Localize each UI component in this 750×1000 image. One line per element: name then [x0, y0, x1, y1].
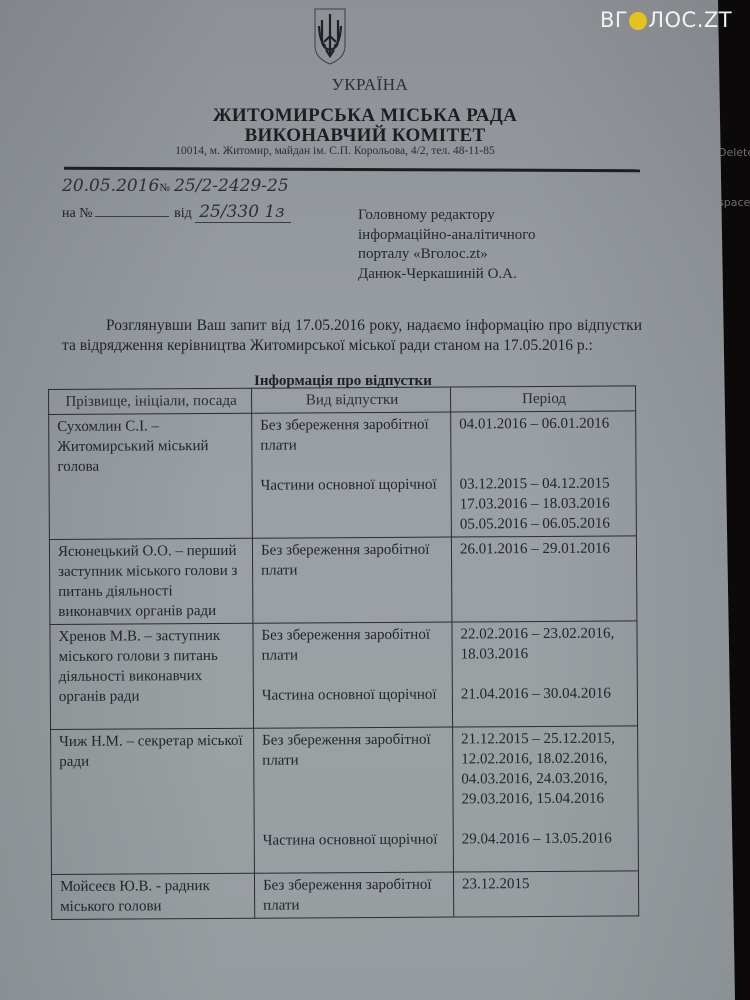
period-line: 05.05.2016 – 06.05.2016: [460, 513, 630, 534]
ref-blank: [95, 204, 169, 217]
leave-type: Без збереження заробітної плати: [262, 730, 446, 771]
watermark-suffix: ЛОС.ZT: [648, 8, 732, 32]
leave-table: Прізвище, ініціали, посада Вид відпустки…: [48, 385, 639, 920]
committee-title: ВИКОНАВЧИЙ КОМІТЕТ: [0, 126, 740, 146]
table-row: Сухомлин С.І. – Житомирський міський гол…: [49, 411, 637, 540]
leave-periods: 04.01.2016 – 06.01.2016: [459, 413, 629, 434]
period-line: 12.02.2016, 18.02.2016,: [461, 748, 631, 769]
period-line: 04.01.2016 – 06.01.2016: [459, 413, 629, 434]
cell-leave-type: Без збереження заробітної плати Частина …: [254, 727, 454, 873]
recipient-line: Данюк-Черкашиній О.А.: [358, 265, 536, 285]
leave-type: Без збереження заробітної плати: [260, 415, 444, 456]
from-label: від: [174, 206, 192, 221]
leave-periods: 03.12.2015 – 04.12.201517.03.2016 – 18.0…: [460, 473, 630, 534]
period-line: 17.03.2016 – 18.03.2016: [460, 493, 630, 514]
leave-type: Без збереження заробітної плати: [261, 625, 445, 666]
cell-person: Сухомлин С.І. – Житомирський міський гол…: [49, 413, 253, 539]
cell-person: Чиж Н.М. – секретар міської ради: [51, 728, 255, 874]
cell-leave-type: Без збереження заробітної плати: [252, 537, 452, 623]
header-rule: [64, 167, 640, 173]
council-title: ЖИТОМИРСЬКА МІСЬКА РАДА: [0, 106, 740, 126]
table-row: Ясюнецький О.О. – перший заступник міськ…: [49, 536, 637, 625]
table-row: Мойсеєв Ю.В. - радник міського головиБез…: [51, 871, 638, 920]
outgoing-date: 20.05.2016: [62, 176, 159, 196]
leave-periods: 22.02.2016 – 23.02.2016,18.03.2016: [460, 623, 630, 664]
leave-periods: 21.12.2015 – 25.12.2015,12.02.2016, 18.0…: [461, 728, 631, 809]
council-address: 10014, м. Житомир, майдан ім. С.П. Корол…: [0, 145, 710, 157]
leave-type: Частина основної щорічної: [263, 830, 447, 851]
cell-person: Хренов М.В. – заступник міського голови …: [50, 623, 254, 729]
watermark-prefix: ВГ: [600, 8, 628, 32]
cell-period: 04.01.2016 – 06.01.2016 03.12.2015 – 04.…: [451, 411, 637, 537]
table-header-row: Прізвище, ініціали, посада Вид відпустки…: [49, 386, 636, 415]
ref-value: 25/330 1з: [195, 202, 290, 223]
period-line: 18.03.2016: [461, 643, 631, 664]
intro-paragraph: Розглянувши Ваш запит від 17.05.2016 рок…: [62, 316, 642, 356]
leave-periods: 21.04.2016 – 30.04.2016: [461, 683, 631, 704]
leave-type: Частини основної щорічної: [261, 475, 445, 496]
table-row: Хренов М.В. – заступник міського голови …: [50, 621, 638, 730]
period-line: 21.04.2016 – 30.04.2016: [461, 683, 631, 704]
period-line: 21.12.2015 – 25.12.2015,: [461, 728, 631, 749]
outgoing-date-line: 20.05.2016№ 25/2-2429-25: [62, 176, 289, 196]
table-row: Чиж Н.М. – секретар міської радиБез збер…: [51, 726, 639, 875]
period-line: 29.03.2016, 15.04.2016: [461, 788, 631, 809]
cell-period: 23.12.2015: [453, 871, 638, 917]
site-watermark: ВГ ЛОС.ZT: [600, 8, 732, 32]
leave-periods: 26.01.2016 – 29.01.2016: [460, 538, 630, 559]
cell-period: 21.12.2015 – 25.12.2015,12.02.2016, 18.0…: [453, 726, 639, 872]
cell-person: Ясюнецький О.О. – перший заступник міськ…: [49, 538, 253, 624]
leave-periods: 29.04.2016 – 13.05.2016: [462, 828, 632, 849]
period-line: 04.03.2016, 24.03.2016,: [461, 768, 631, 789]
header-person: Прізвище, ініціали, посада: [49, 388, 252, 414]
recipient-line: інформаційно-аналітичного: [358, 226, 536, 246]
cell-period: 26.01.2016 – 29.01.2016: [451, 536, 637, 622]
cell-leave-type: Без збереження заробітної платиЧастини о…: [252, 412, 452, 538]
cell-leave-type: Без збереження заробітної платиЧастина о…: [253, 622, 453, 728]
recipient-line: Головному редактору: [358, 206, 536, 226]
period-line: 29.04.2016 – 13.05.2016: [462, 828, 632, 849]
coat-of-arms-icon: [312, 6, 348, 66]
outgoing-number: 25/2-2429-25: [174, 176, 289, 196]
period-line: 26.01.2016 – 29.01.2016: [460, 538, 630, 559]
recipient-line: порталу «Вголос.zt»: [358, 245, 536, 265]
speaker-icon: [629, 12, 647, 30]
header-period: Період: [450, 386, 635, 412]
cell-person: Мойсеєв Ю.В. - радник міського голови: [51, 873, 254, 919]
letter: УКРАЇНА ЖИТОМИРСЬКА МІСЬКА РАДА ВИКОНАВЧ…: [0, 0, 750, 1000]
cell-period: 22.02.2016 – 23.02.2016,18.03.201621.04.…: [452, 621, 638, 727]
period-line: 22.02.2016 – 23.02.2016,: [460, 623, 630, 644]
leave-type: Без збереження заробітної плати: [261, 540, 445, 581]
period-line: 03.12.2015 – 04.12.2015: [460, 473, 630, 494]
number-label: №: [159, 182, 170, 194]
ref-label: на №: [62, 206, 93, 221]
reference-line: на № від 25/330 1з: [62, 202, 291, 222]
period-line: 23.12.2015: [462, 873, 632, 894]
leave-type: Частина основної щорічної: [262, 685, 446, 706]
leave-type: Без збереження заробітної плати: [263, 875, 447, 916]
leave-periods: 23.12.2015: [462, 873, 632, 894]
recipient-block: Головному редактору інформаційно-аналіти…: [358, 206, 536, 284]
country-name: УКРАЇНА: [0, 75, 745, 95]
council-name: ЖИТОМИРСЬКА МІСЬКА РАДА ВИКОНАВЧИЙ КОМІТ…: [0, 106, 740, 146]
header-leave-type: Вид відпустки: [251, 387, 450, 413]
cell-leave-type: Без збереження заробітної плати: [254, 872, 453, 918]
